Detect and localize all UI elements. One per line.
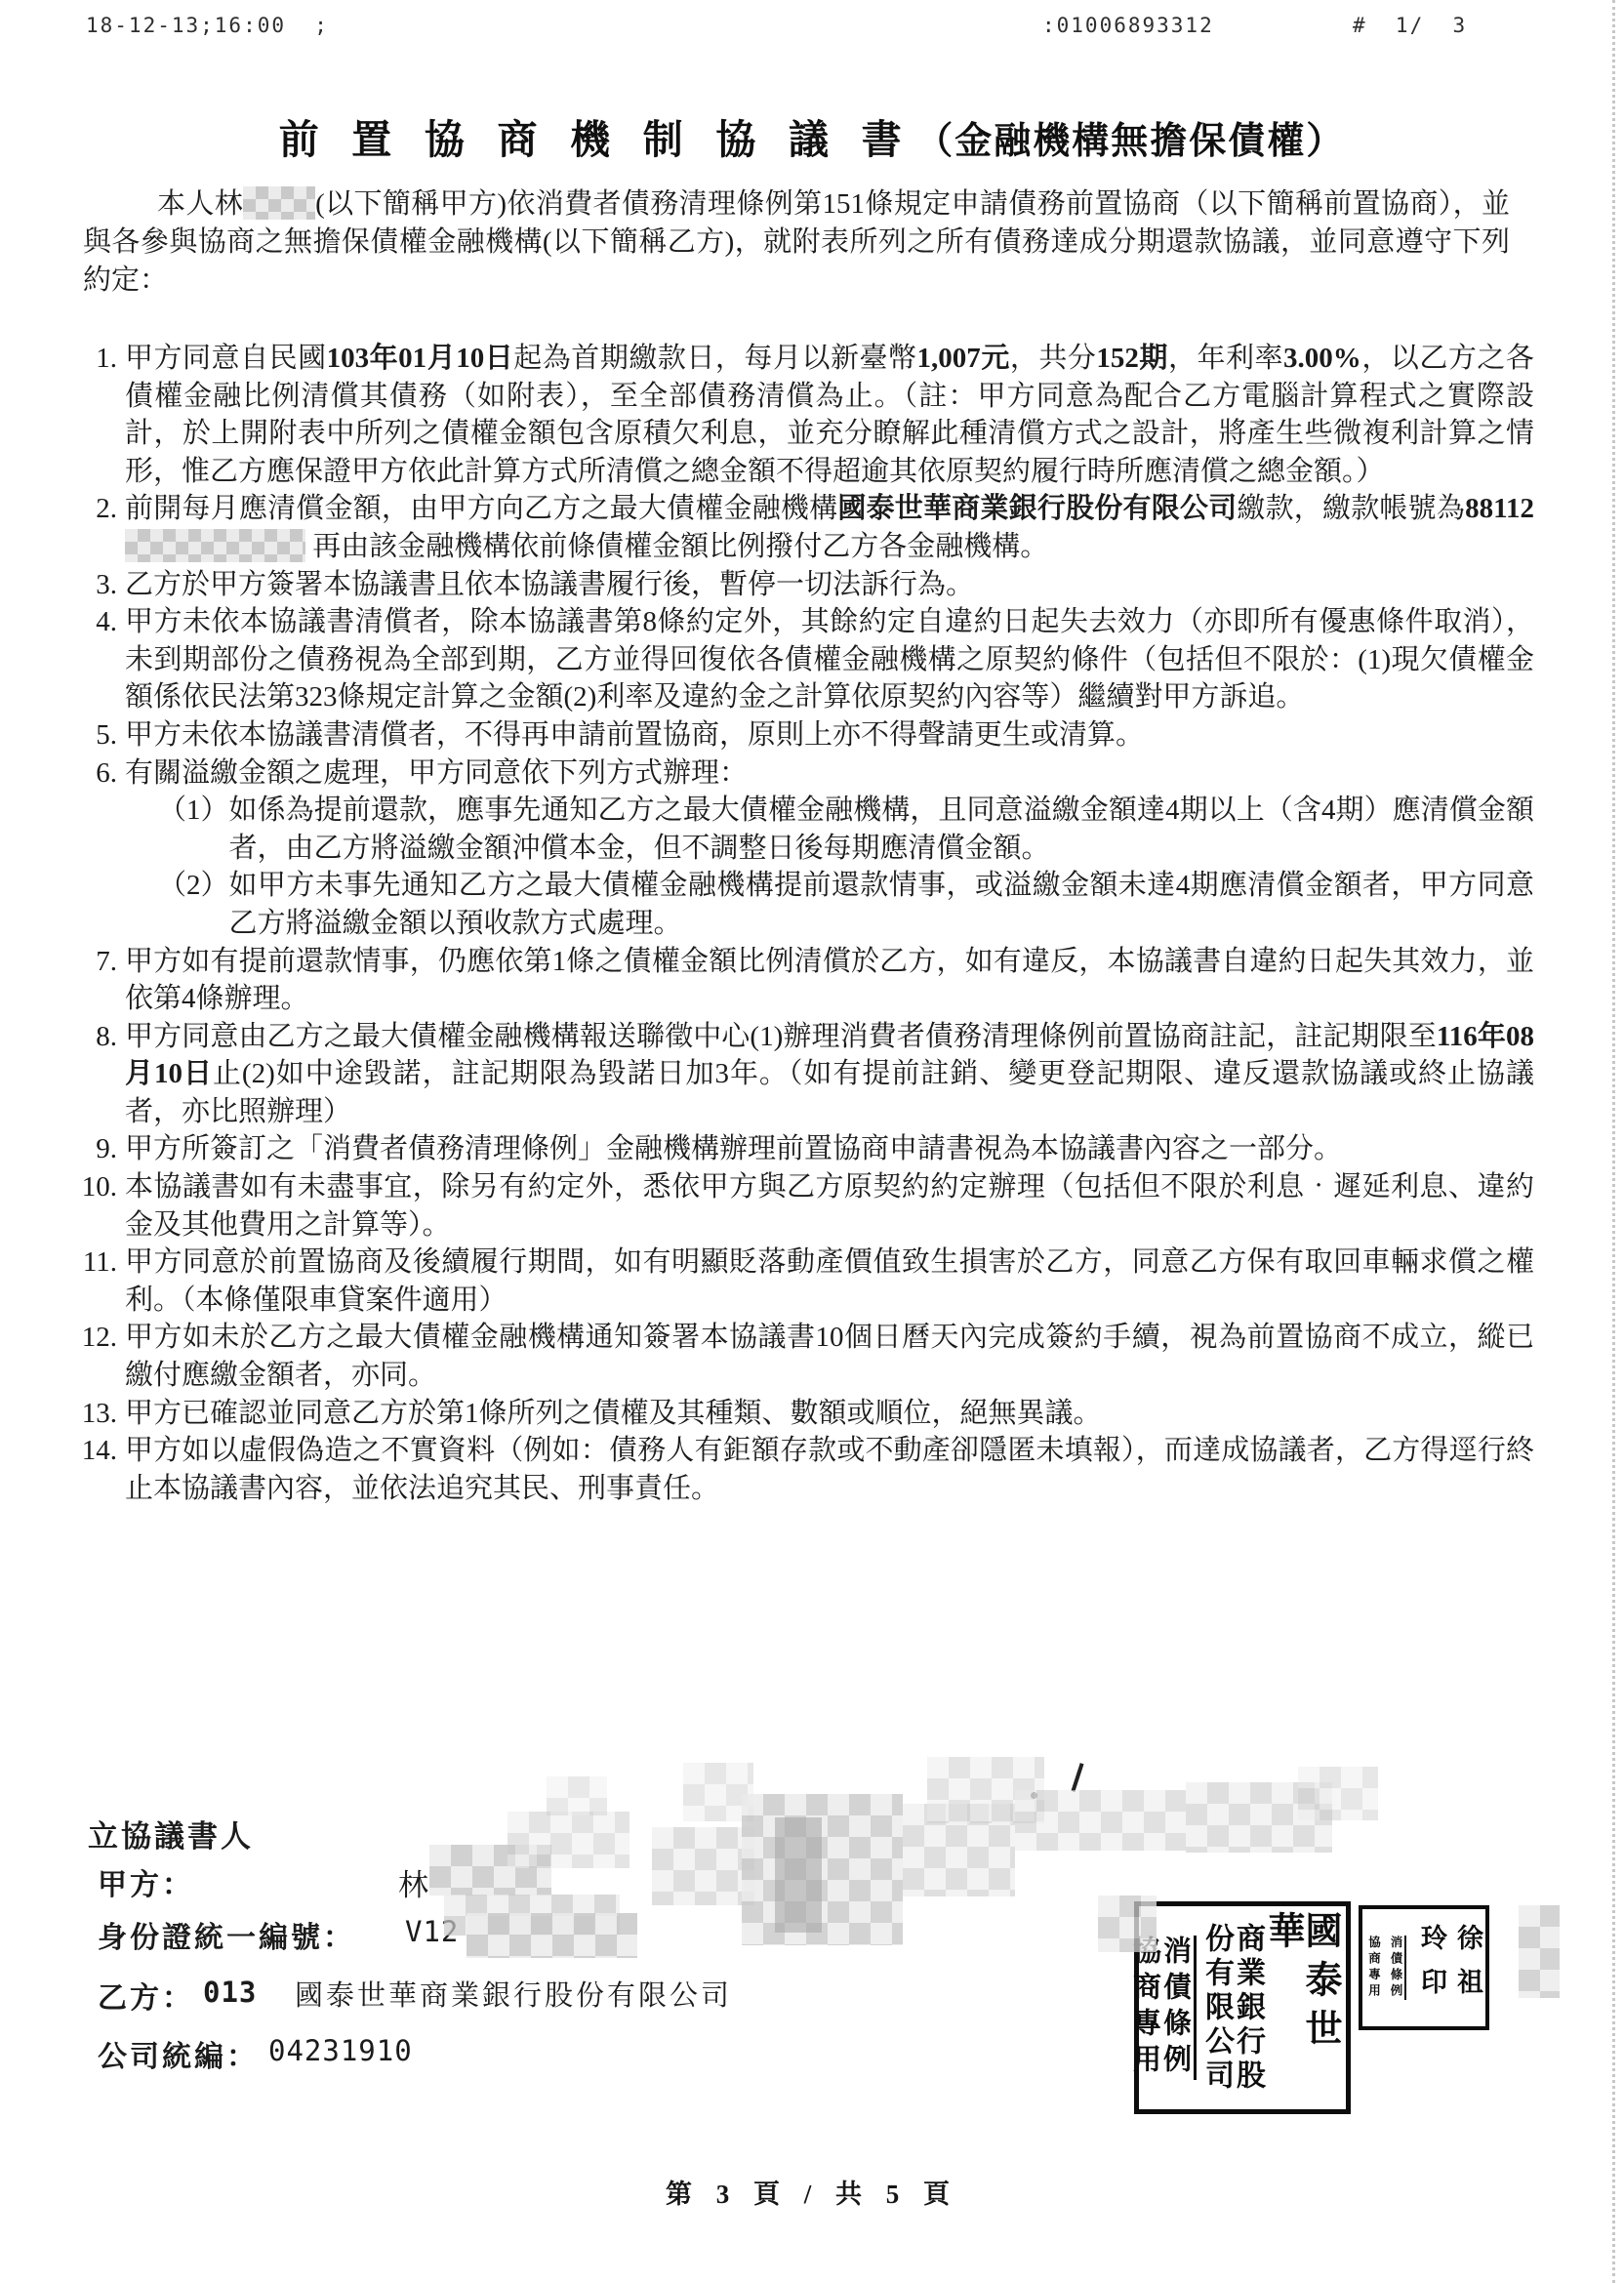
clause-body: 甲方如以虛假偽造之不實資料（例如：債務人有鉅額存款或不動產卻隱匿未填報），而達成… xyxy=(125,1432,1534,1507)
party-b-code: 013 xyxy=(203,1976,257,2009)
clause-body: 有關溢繳金額之處理，甲方同意依下列方式辦理：（1）如係為提前還款，應事先通知乙方… xyxy=(125,754,1534,943)
clause-list: 1.甲方同意自民國103年01月10日起為首期繳款日，每月以新臺幣1,007元，… xyxy=(78,340,1534,1507)
company-seal-stamp: 國泰世華商業銀行股份有限公司消債條例協商專用 xyxy=(1134,1901,1351,2114)
text-segment: 本人林 xyxy=(157,188,243,220)
document-title: 前置協商機制協議書（金融機構無擔保債權） xyxy=(0,107,1624,165)
text-segment: 止(2)如中途毀諾，註記期限為毀諾日加3年。（如有提前註銷、變更登記期限、違反還… xyxy=(125,1058,1534,1127)
clause-item: 9.甲方所簽訂之「消費者債務清理條例」金融機構辦理前置協商申請書視為本協議書內容… xyxy=(78,1130,1534,1168)
clause-text: 乙方於甲方簽署本協議書且依本協議書履行後，暫停一切法訴行為。 xyxy=(125,566,1534,604)
text-segment: 88112 xyxy=(1465,493,1534,524)
id-number-label: 身份證統一編號： xyxy=(98,1913,355,1956)
clause-number: 12. xyxy=(78,1319,125,1357)
personal-seal-purpose-column: 協商專用 xyxy=(1367,1936,1380,2000)
personal-seal-stamp: 徐祖玲印消債條例協商專用 xyxy=(1359,1905,1489,2030)
company-seal-column: 國泰世華 xyxy=(1264,1911,1338,2104)
clause-item: 12.甲方如未於乙方之最大債權金融機構通知簽署本協議書10個日曆天內完成簽約手續… xyxy=(78,1319,1534,1394)
clause-number: 2. xyxy=(78,490,125,528)
fax-number: :01006893312 xyxy=(1042,14,1214,37)
text-segment: 甲方如以虛假偽造之不實資料（例如：債務人有鉅額存款或不動產卻隱匿未填報），而達成… xyxy=(125,1435,1534,1504)
clause-text: 甲方同意於前置協商及後續履行期間，如有明顯貶落動產價值致生損害於乙方，同意乙方保… xyxy=(125,1243,1534,1319)
clause-item: 8.甲方同意由乙方之最大債權金融機構報送聯徵中心(1)辦理消費者債務清理條例前置… xyxy=(78,1018,1534,1131)
clause-text: 甲方未依本協議書清償者，不得再申請前置協商，原則上亦不得聲請更生或清算。 xyxy=(125,716,1534,754)
clause-item: 6.有關溢繳金額之處理，甲方同意依下列方式辦理：（1）如係為提前還款，應事先通知… xyxy=(78,754,1534,943)
party-b-label: 乙方： xyxy=(98,1974,194,2017)
personal-seal-name-column: 徐祖 xyxy=(1454,1924,1481,2012)
personal-seal-purpose-column: 消債條例 xyxy=(1390,1936,1407,2000)
text-segment: 甲方同意由乙方之最大債權金融機構報送聯徵中心(1)辦理消費者債務清理條例前置協商… xyxy=(125,1021,1437,1052)
clause-number: 4. xyxy=(78,603,125,641)
clause-item: 3.乙方於甲方簽署本協議書且依本協議書履行後，暫停一切法訴行為。 xyxy=(78,566,1534,604)
clause-body: 前開每月應清償金額，由甲方向乙方之最大債權金融機構國泰世華商業銀行股份有限公司繳… xyxy=(125,490,1534,565)
text-segment: 甲方未依本協議書清償者，不得再申請前置協商，原則上亦不得聲請更生或清算。 xyxy=(125,719,1144,751)
clause-body: 甲方未依本協議書清償者，除本協議書第8條約定外，其餘約定自違約日起失去效力（亦即… xyxy=(125,603,1534,716)
redaction-mosaic xyxy=(547,1776,607,1815)
page-number-footer: 第 3 頁 / 共 5 頁 xyxy=(0,2173,1624,2211)
party-a-name: 林 xyxy=(398,1860,428,1904)
company-seal-column: 消債條例 xyxy=(1160,1936,1197,2080)
text-segment: 甲方已確認並同意乙方於第1條所列之債權及其種類、數額或順位，絕無異議。 xyxy=(125,1398,1102,1429)
company-seal-column: 協商專用 xyxy=(1130,1936,1158,2080)
party-a-label: 甲方： xyxy=(98,1860,194,1903)
clause-number: 8. xyxy=(78,1018,125,1056)
fax-timestamp: 18-12-13;16:00 ; xyxy=(86,14,329,37)
document-title-main: 前置協商機制協議書 xyxy=(279,117,935,162)
clause-body: 甲方同意於前置協商及後續履行期間，如有明顯貶落動產價值致生損害於乙方，同意乙方保… xyxy=(125,1243,1534,1319)
clause-text: 甲方同意由乙方之最大債權金融機構報送聯徵中心(1)辦理消費者債務清理條例前置協商… xyxy=(125,1018,1534,1131)
clause-body: 甲方未依本協議書清償者，不得再申請前置協商，原則上亦不得聲請更生或清算。 xyxy=(125,716,1534,754)
clause-number: 1. xyxy=(78,340,125,378)
clause-body: 甲方如未於乙方之最大債權金融機構通知簽署本協議書10個日曆天內完成簽約手續，視為… xyxy=(125,1319,1534,1394)
clause-item: 4.甲方未依本協議書清償者，除本協議書第8條約定外，其餘約定自違約日起失去效力（… xyxy=(78,603,1534,716)
text-segment: 乙方於甲方簽署本協議書且依本協議書履行後，暫停一切法訴行為。 xyxy=(125,569,974,600)
redaction-mosaic xyxy=(507,1812,629,1868)
clause-item: 2.前開每月應清償金額，由甲方向乙方之最大債權金融機構國泰世華商業銀行股份有限公… xyxy=(78,490,1534,565)
text-segment: 甲方所簽訂之「消費者債務清理條例」金融機構辦理前置協商申請書視為本協議書內容之一… xyxy=(125,1133,1342,1164)
text-segment: 起為首期繳款日，每月以新臺幣 xyxy=(513,343,916,374)
text-segment: 1,007元 xyxy=(917,343,1010,374)
clause-text: 甲方未依本協議書清償者，除本協議書第8條約定外，其餘約定自違約日起失去效力（亦即… xyxy=(125,603,1534,716)
clause-item: 1.甲方同意自民國103年01月10日起為首期繳款日，每月以新臺幣1,007元，… xyxy=(78,340,1534,490)
company-uniform-no-label: 公司統編： xyxy=(98,2032,259,2075)
text-segment: 有關溢繳金額之處理，甲方同意依下列方式辦理： xyxy=(125,757,748,789)
clause-text: 甲方如以虛假偽造之不實資料（例如：債務人有鉅額存款或不動產卻隱匿未填報），而達成… xyxy=(125,1432,1534,1507)
clause-text: 甲方已確認並同意乙方於第1條所列之債權及其種類、數額或順位，絕無異議。 xyxy=(125,1395,1534,1433)
clause-body: 甲方已確認並同意乙方於第1條所列之債權及其種類、數額或順位，絕無異議。 xyxy=(125,1395,1534,1433)
text-segment: 甲方同意於前置協商及後續履行期間，如有明顯貶落動產價值致生損害於乙方，同意乙方保… xyxy=(125,1246,1534,1316)
clause-body: 本協議書如有未盡事宜，除另有約定外，悉依甲方與乙方原契約約定辦理（包括但不限於利… xyxy=(125,1168,1534,1243)
redaction-mosaic xyxy=(1015,1790,1186,1851)
text-segment: 152期 xyxy=(1096,343,1168,374)
subclause-item: （1）如係為提前還款，應事先通知乙方之最大債權金融機構，且同意溢繳金額達4期以上… xyxy=(158,792,1534,867)
clause-number: 11. xyxy=(78,1243,125,1282)
clause-text: 有關溢繳金額之處理，甲方同意依下列方式辦理： xyxy=(125,754,1534,793)
signatories-heading: 立協議書人 xyxy=(88,1812,254,1855)
redaction-mosaic xyxy=(742,1794,903,1945)
text-segment: 再由該金融機構依前條債權金額比例撥付乙方各金融機構。 xyxy=(305,531,1048,562)
intro-paragraph: 本人林(以下簡稱甲方)依消費者債務清理條例第151條規定申請債務前置協商（以下簡… xyxy=(83,185,1510,300)
clause-body: 乙方於甲方簽署本協議書且依本協議書履行後，暫停一切法訴行為。 xyxy=(125,566,1534,604)
redaction-mosaic xyxy=(243,186,315,220)
text-segment: 甲方未依本協議書清償者，除本協議書第8條約定外，其餘約定自違約日起失去效力（亦即… xyxy=(125,606,1534,713)
clause-text: 甲方所簽訂之「消費者債務清理條例」金融機構辦理前置協商申請書視為本協議書內容之一… xyxy=(125,1130,1534,1168)
personal-seal-name-column: 玲印 xyxy=(1418,1924,1444,2012)
clause-number: 9. xyxy=(78,1130,125,1168)
clause-item: 11.甲方同意於前置協商及後續履行期間，如有明顯貶落動產價值致生損害於乙方，同意… xyxy=(78,1243,1534,1319)
clause-item: 7.甲方如有提前還款情事，仍應依第1條之債權金額比例清償於乙方，如有違反，本協議… xyxy=(78,943,1534,1018)
scan-edge-artifact xyxy=(1612,0,1615,2283)
clause-body: 甲方如有提前還款情事，仍應依第1條之債權金額比例清償於乙方，如有違反，本協議書自… xyxy=(125,943,1534,1018)
text-segment: 甲方如未於乙方之最大債權金融機構通知簽署本協議書10個日曆天內完成簽約手續，視為… xyxy=(125,1322,1534,1391)
clause-number: 3. xyxy=(78,566,125,604)
clause-body: 甲方同意由乙方之最大債權金融機構報送聯徵中心(1)辦理消費者債務清理條例前置協商… xyxy=(125,1018,1534,1131)
clause-body: 甲方所簽訂之「消費者債務清理條例」金融機構辦理前置協商申請書視為本協議書內容之一… xyxy=(125,1130,1534,1168)
clause-text: 甲方如有提前還款情事，仍應依第1條之債權金額比例清償於乙方，如有違反，本協議書自… xyxy=(125,943,1534,1018)
company-uniform-no-value: 04231910 xyxy=(268,2034,413,2067)
clause-item: 10.本協議書如有未盡事宜，除另有約定外，悉依甲方與乙方原契約約定辦理（包括但不… xyxy=(78,1168,1534,1243)
subclause-text: 如甲方未事先通知乙方之最大債權金融機構提前還款情事，或溢繳金額未達4期應清償金額… xyxy=(229,867,1534,942)
party-b-bank-name: 國泰世華商業銀行股份有限公司 xyxy=(295,1974,732,2014)
clause-number: 14. xyxy=(78,1432,125,1470)
subclause-number: （1） xyxy=(158,792,229,867)
subclause-text: 如係為提前還款，應事先通知乙方之最大債權金融機構，且同意溢繳金額達4期以上（含4… xyxy=(229,792,1534,867)
text-segment: 103年01月10日 xyxy=(327,343,514,374)
redaction-mosaic xyxy=(1519,1905,1560,1998)
clause-text: 前開每月應清償金額，由甲方向乙方之最大債權金融機構國泰世華商業銀行股份有限公司繳… xyxy=(125,490,1534,565)
redaction-mosaic-dark-cell xyxy=(775,1817,822,1933)
clause-text: 甲方同意自民國103年01月10日起為首期繳款日，每月以新臺幣1,007元，共分… xyxy=(125,340,1534,490)
text-segment: ，年利率 xyxy=(1168,343,1283,374)
clause-text: 本協議書如有未盡事宜，除另有約定外，悉依甲方與乙方原契約約定辦理（包括但不限於利… xyxy=(125,1168,1534,1243)
redaction-mosaic xyxy=(1098,1896,1157,1952)
text-segment: 甲方如有提前還款情事，仍應依第1條之債權金額比例清償於乙方，如有違反，本協議書自… xyxy=(125,946,1534,1015)
text-segment: 甲方同意自民國 xyxy=(125,343,327,374)
text-segment: 本協議書如有未盡事宜，除另有約定外，悉依甲方與乙方原契約約定辦理（包括但不限於利… xyxy=(125,1171,1534,1241)
clause-number: 13. xyxy=(78,1395,125,1433)
company-seal-column: 份有限公司 xyxy=(1201,1923,1231,2094)
clause-item: 14.甲方如以虛假偽造之不實資料（例如：債務人有鉅額存款或不動產卻隱匿未填報），… xyxy=(78,1432,1534,1507)
redaction-mosaic xyxy=(652,1827,754,1905)
company-seal-column: 商業銀行股 xyxy=(1233,1923,1262,2094)
clause-text: 甲方如未於乙方之最大債權金融機構通知簽署本協議書10個日曆天內完成簽約手續，視為… xyxy=(125,1319,1534,1394)
fax-page-counter: # 1/ 3 xyxy=(1353,14,1467,37)
text-segment: 3.00% xyxy=(1283,343,1361,374)
clause-number: 5. xyxy=(78,716,125,754)
clause-number: 6. xyxy=(78,754,125,793)
text-segment: 國泰世華商業銀行股份有限公司 xyxy=(837,493,1237,524)
redaction-mosaic xyxy=(467,1913,637,1958)
clause-number: 7. xyxy=(78,943,125,981)
scanned-agreement-page: 18-12-13;16:00 ; :01006893312 # 1/ 3 前置協… xyxy=(0,0,1624,2283)
clause-number: 10. xyxy=(78,1168,125,1206)
text-segment: 如甲方未事先通知乙方之最大債權金融機構提前還款情事，或溢繳金額未達4期應清償金額… xyxy=(229,870,1534,939)
subclause-item: （2）如甲方未事先通知乙方之最大債權金融機構提前還款情事，或溢繳金額未達4期應清… xyxy=(158,867,1534,942)
pen-stroke-mark xyxy=(1071,1763,1083,1792)
text-segment: 前開每月應清償金額，由甲方向乙方之最大債權金融機構 xyxy=(125,493,837,524)
redaction-mosaic xyxy=(1298,1767,1378,1820)
subclause-number: （2） xyxy=(158,867,229,942)
text-segment: ，共分 xyxy=(1010,343,1097,374)
text-segment: 繳款，繳款帳號為 xyxy=(1237,493,1465,524)
redaction-mosaic xyxy=(125,529,305,562)
clause-item: 13.甲方已確認並同意乙方於第1條所列之債權及其種類、數額或順位，絕無異議。 xyxy=(78,1395,1534,1433)
document-title-sub: （金融機構無擔保債權） xyxy=(915,121,1345,162)
clause-body: 甲方同意自民國103年01月10日起為首期繳款日，每月以新臺幣1,007元，共分… xyxy=(125,340,1534,490)
clause-item: 5.甲方未依本協議書清償者，不得再申請前置協商，原則上亦不得聲請更生或清算。 xyxy=(78,716,1534,754)
text-segment: 如係為提前還款，應事先通知乙方之最大債權金融機構，且同意溢繳金額達4期以上（含4… xyxy=(229,795,1534,864)
